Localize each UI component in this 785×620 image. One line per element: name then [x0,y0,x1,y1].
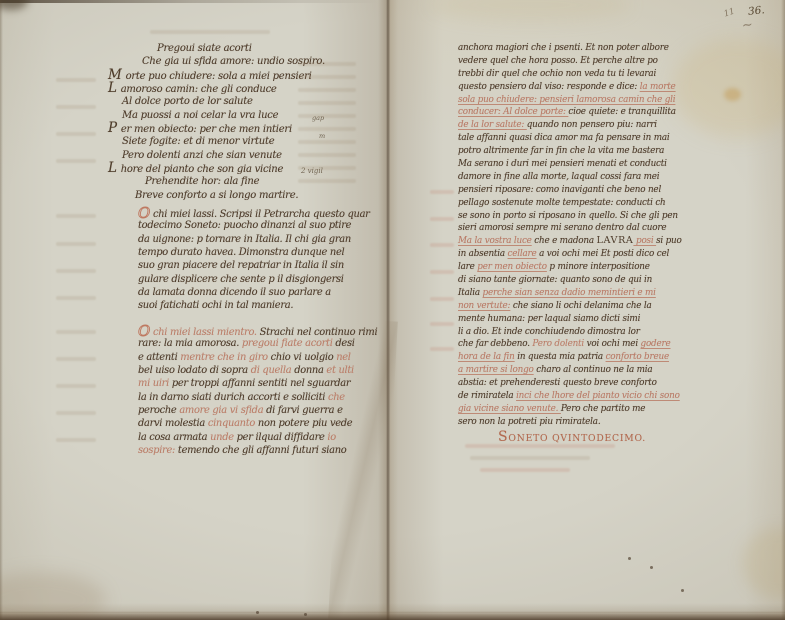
show-through-mark [298,140,356,144]
show-through-mark [56,159,96,163]
show-through-mark [56,269,96,273]
ink-speck [256,611,259,614]
show-through-mark [56,242,96,246]
show-through-mark [56,132,96,136]
show-through-mark [430,270,454,274]
show-through-mark [430,297,454,301]
show-through-mark [430,322,454,326]
photo-vignette [0,0,785,620]
show-through-mark [298,62,356,66]
show-through-mark [465,444,615,448]
show-through-mark [56,411,96,415]
show-through-mark [56,438,96,442]
page-right-edge [781,0,785,620]
show-through-mark [56,214,96,218]
ink-speck [650,566,653,569]
ink-speck [681,589,684,592]
page-bottom-edge [0,611,785,620]
show-through-mark [298,153,356,157]
show-through-mark [56,78,96,82]
show-through-mark [56,384,96,388]
ink-speck [628,557,631,560]
show-through-mark [298,166,356,170]
show-through-mark [56,296,96,300]
show-through-mark [430,217,454,221]
show-through-mark [430,347,454,351]
show-through-mark [56,357,96,361]
show-through-mark [298,127,356,131]
show-through-mark [298,88,356,92]
show-through-mark [470,456,590,460]
show-through-mark [56,330,96,334]
show-through-mark [56,105,96,109]
page-left-edge [0,0,3,620]
show-through-mark [298,114,356,118]
show-through-mark [298,101,356,105]
show-through-mark [298,75,356,79]
show-through-mark [430,243,454,247]
show-through-mark [480,468,570,472]
manuscript-photo: Pregoui siate acortiChe gia ui sfida amo… [0,0,785,620]
page-top-edge [0,0,420,3]
show-through-mark [430,190,454,194]
show-through-mark [150,30,270,34]
ink-speck [304,613,307,616]
show-through-mark [298,179,356,183]
